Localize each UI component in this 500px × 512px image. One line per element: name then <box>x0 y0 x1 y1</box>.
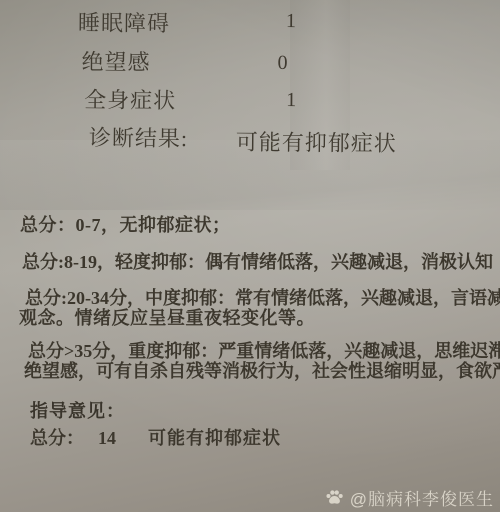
final-score-label: 总分： <box>30 428 84 448</box>
score-row-value-somatic: 1 <box>286 89 296 112</box>
score-row-value-sleep: 1 <box>286 10 296 33</box>
guide-line-none: 总分：0-7，无抑郁症状； <box>20 211 231 237</box>
guide-line-severe-2: 绝望感，可有自杀自残等消极行为，社会性退缩明显，食欲严 <box>24 357 500 383</box>
final-conclusion: 可能有抑郁症状 <box>148 428 281 448</box>
score-row-label-hopelessness: 绝望感 <box>81 45 150 77</box>
guide-line-moderate-2: 观念。情绪反应呈昼重夜轻变化等。 <box>19 304 315 330</box>
watermark: @脑病科李俊医生 <box>325 485 494 510</box>
score-row-label-somatic: 全身症状 <box>84 83 176 115</box>
guidance-heading: 指导意见： <box>30 397 125 423</box>
medical-report-photo: 睡眠障碍 1 绝望感 0 全身症状 1 诊断结果: 可能有抑郁症状 总分：0-7… <box>0 0 500 512</box>
watermark-text: @脑病科李俊医生 <box>350 485 494 510</box>
final-score-value: 14 <box>98 428 116 448</box>
guide-line-mild: 总分:8-19，轻度抑郁：偶有情绪低落，兴趣减退，消极认知 <box>22 248 493 274</box>
score-table: 睡眠障碍 1 绝望感 0 全身症状 1 诊断结果: 可能有抑郁症状 <box>0 0 500 164</box>
score-row-label-sleep: 睡眠障碍 <box>78 6 170 38</box>
score-row-value-hopelessness: 0 <box>277 52 287 75</box>
final-score-line: 总分：14可能有抑郁症状 <box>30 424 281 450</box>
diagnosis-label: 诊断结果: <box>89 121 188 153</box>
paw-icon <box>325 489 344 506</box>
diagnosis-value: 可能有抑郁症状 <box>236 126 397 158</box>
